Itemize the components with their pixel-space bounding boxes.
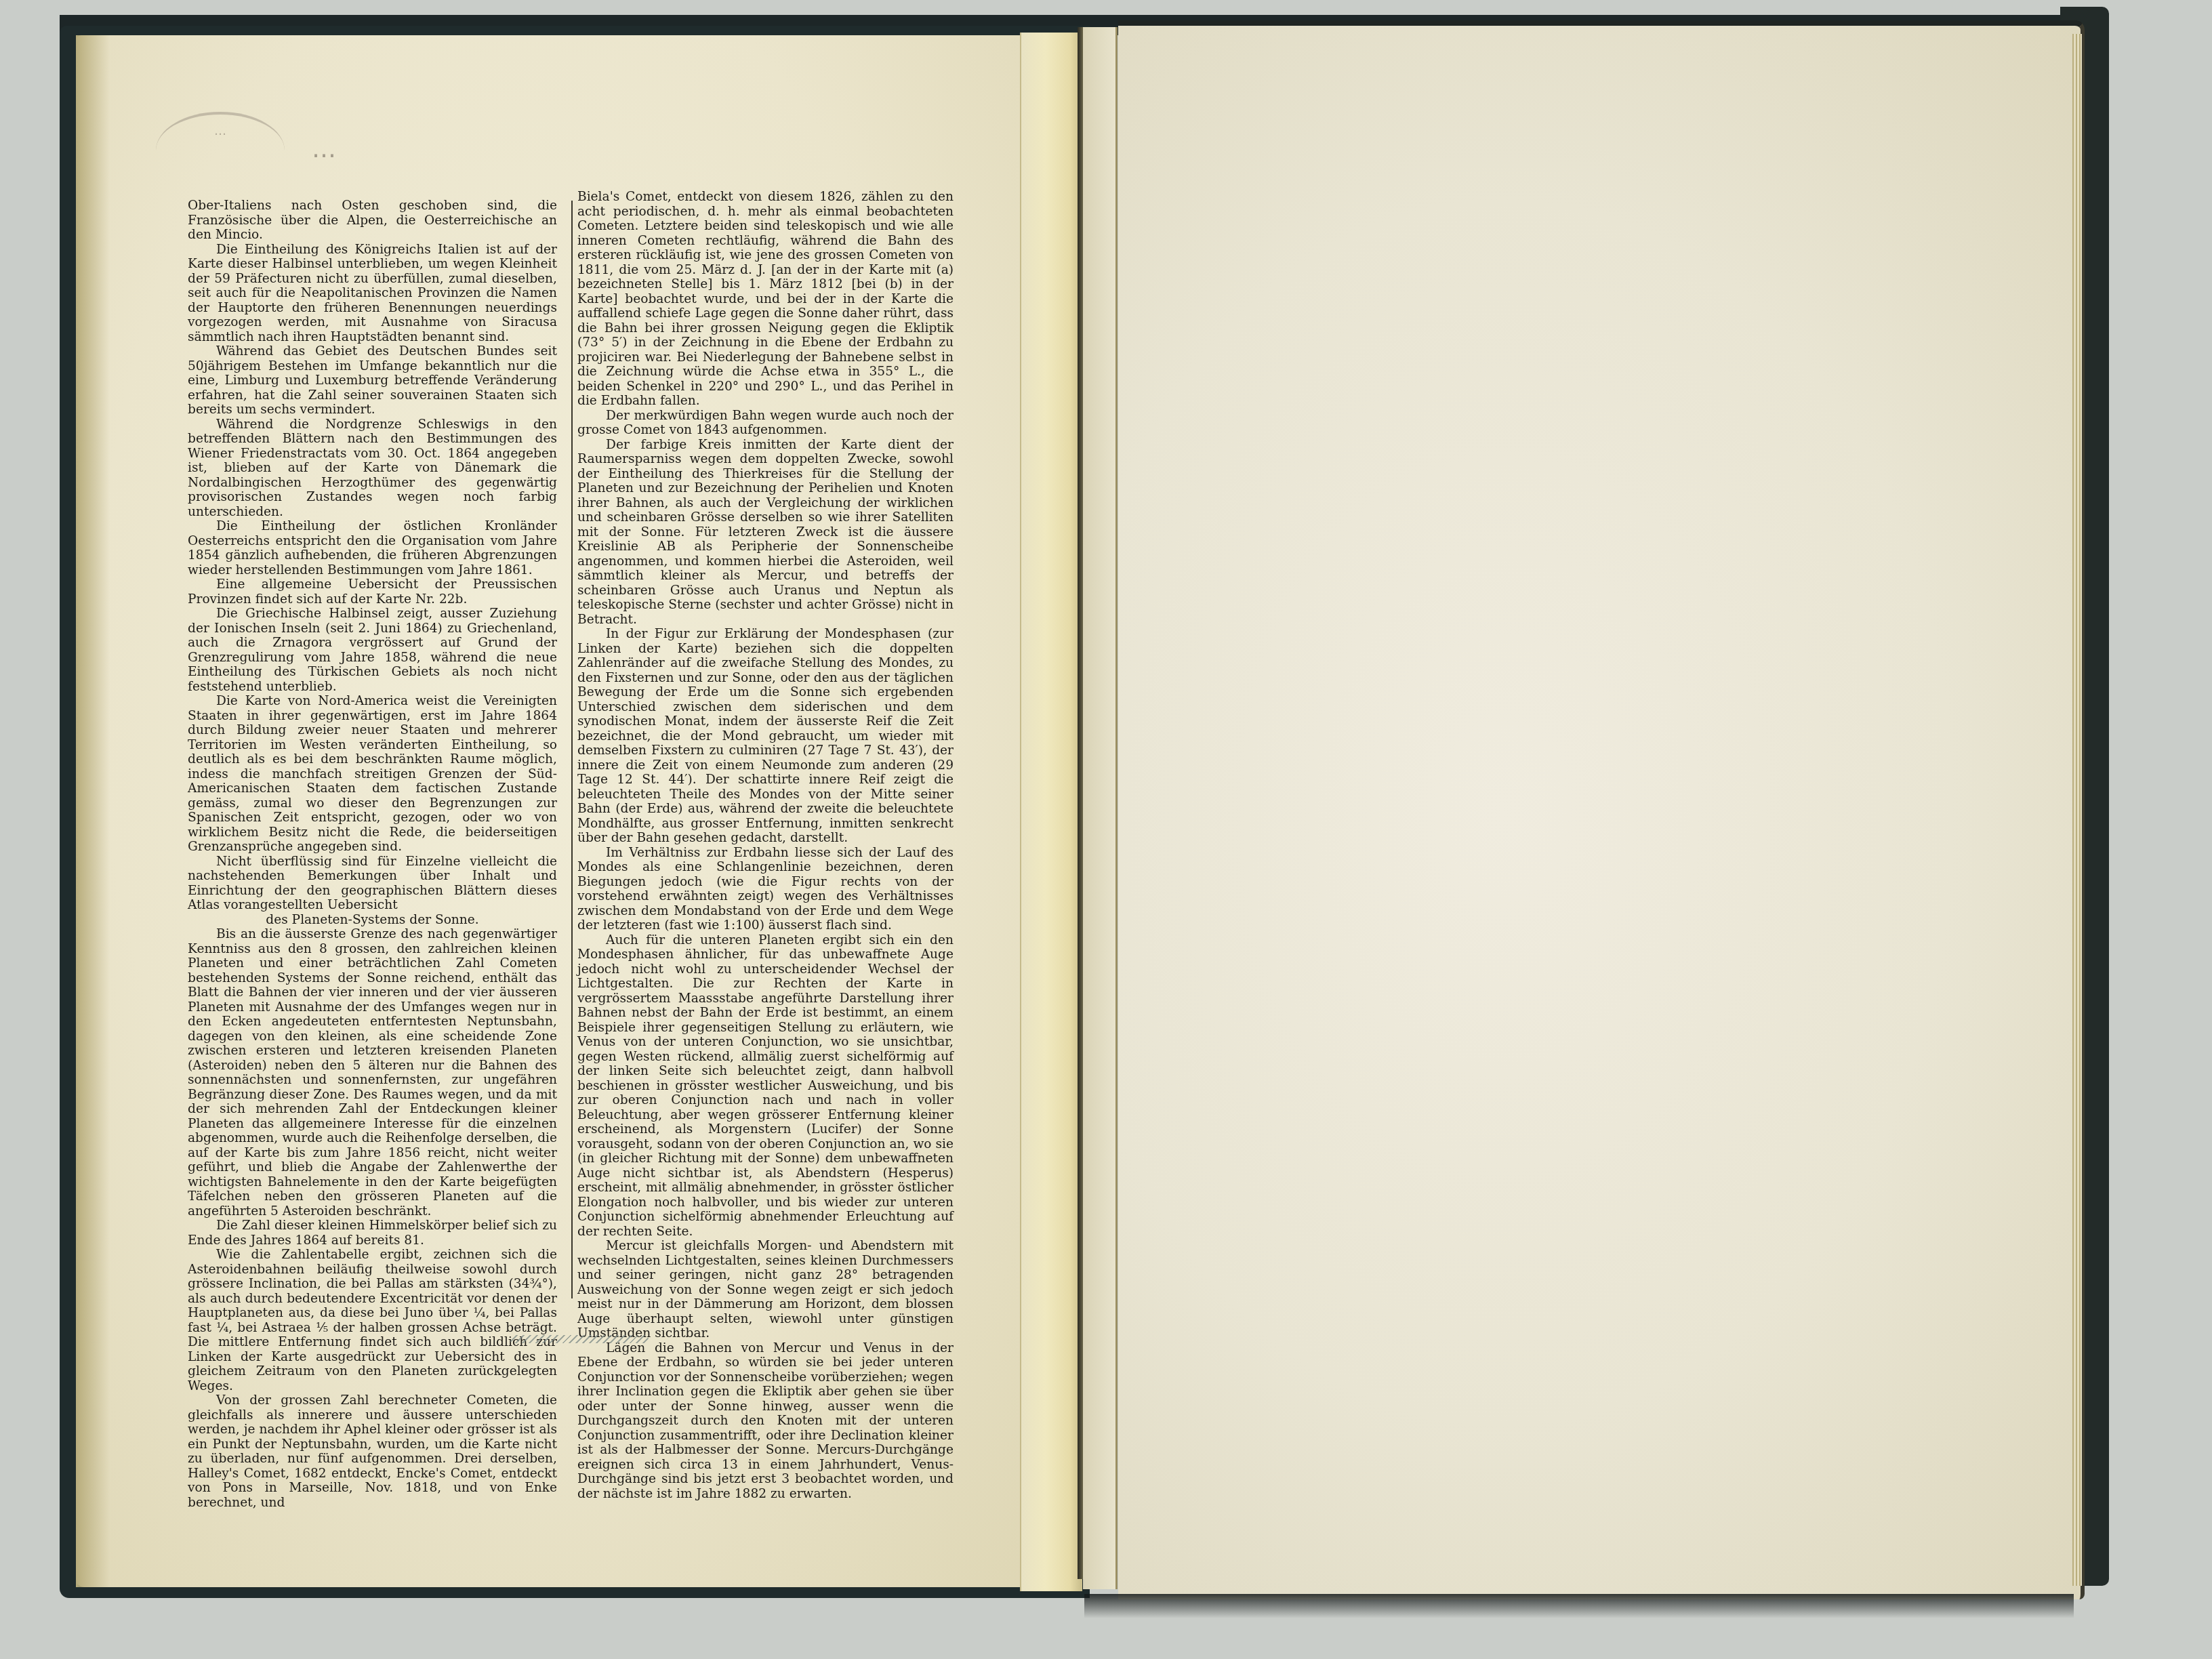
left-page-edge-stain bbox=[76, 35, 110, 1587]
page-edges bbox=[2072, 34, 2082, 1586]
paragraph: Der merkwürdigen Bahn wegen wurde auch n… bbox=[577, 409, 954, 438]
gutter-strip bbox=[1020, 33, 1082, 1591]
right-page-blank bbox=[1118, 20, 2085, 1599]
paragraph: Die Zahl dieser kleinen Himmelskörper be… bbox=[188, 1218, 557, 1248]
book-fold bbox=[1078, 27, 1083, 1579]
paragraph: Eine allgemeine Uebersicht der Preussisc… bbox=[188, 577, 557, 607]
stamp-text: … bbox=[156, 124, 285, 138]
binding-stub bbox=[1083, 27, 1118, 1589]
paragraph: Während die Nordgrenze Schleswigs in den… bbox=[188, 417, 557, 520]
paragraph: Nicht überflüssig sind für Einzelne viel… bbox=[188, 855, 557, 913]
paragraph: Die Eintheilung des Königreichs Italien … bbox=[188, 243, 557, 345]
paragraph: Lägen die Bahnen von Mercur und Venus in… bbox=[577, 1341, 954, 1502]
paragraph: Die Karte von Nord-America weist die Ver… bbox=[188, 694, 557, 855]
paragraph: In der Figur zur Erklärung der Mondespha… bbox=[577, 627, 954, 846]
decorative-wavy-rule bbox=[510, 1335, 649, 1343]
paragraph: Ober-Italiens nach Osten geschoben sind,… bbox=[188, 199, 557, 243]
paragraph: Von der grossen Zahl berechneter Cometen… bbox=[188, 1393, 557, 1510]
paragraph: Auch für die unteren Planeten ergibt sic… bbox=[577, 933, 954, 1240]
paragraph: Wie die Zahlentabelle ergibt, zeichnen s… bbox=[188, 1248, 557, 1393]
paragraph: Während das Gebiet des Deutschen Bundes … bbox=[188, 344, 557, 417]
column-divider bbox=[571, 201, 573, 1298]
section-heading: des Planeten-Systems der Sonne. bbox=[188, 913, 557, 928]
text-column-right: Biela's Comet, entdeckt von diesem 1826,… bbox=[577, 190, 954, 1501]
paragraph: Die Griechische Halbinsel zeigt, ausser … bbox=[188, 607, 557, 694]
pencil-note: … bbox=[312, 136, 515, 176]
paragraph: Bis an die äusserste Grenze des nach geg… bbox=[188, 927, 557, 1218]
paragraph: Im Verhältniss zur Erdbahn liesse sich d… bbox=[577, 846, 954, 933]
library-stamp: … bbox=[156, 112, 285, 189]
paragraph: Biela's Comet, entdeckt von diesem 1826,… bbox=[577, 190, 954, 409]
paragraph: Die Eintheilung der östlichen Kronländer… bbox=[188, 519, 557, 577]
text-column-left: Ober-Italiens nach Osten geschoben sind,… bbox=[188, 199, 557, 1510]
paragraph: Mercur ist gleichfalls Morgen- und Abend… bbox=[577, 1239, 954, 1341]
book-shadow bbox=[1084, 1594, 2074, 1618]
paragraph: Der farbige Kreis inmitten der Karte die… bbox=[577, 438, 954, 628]
